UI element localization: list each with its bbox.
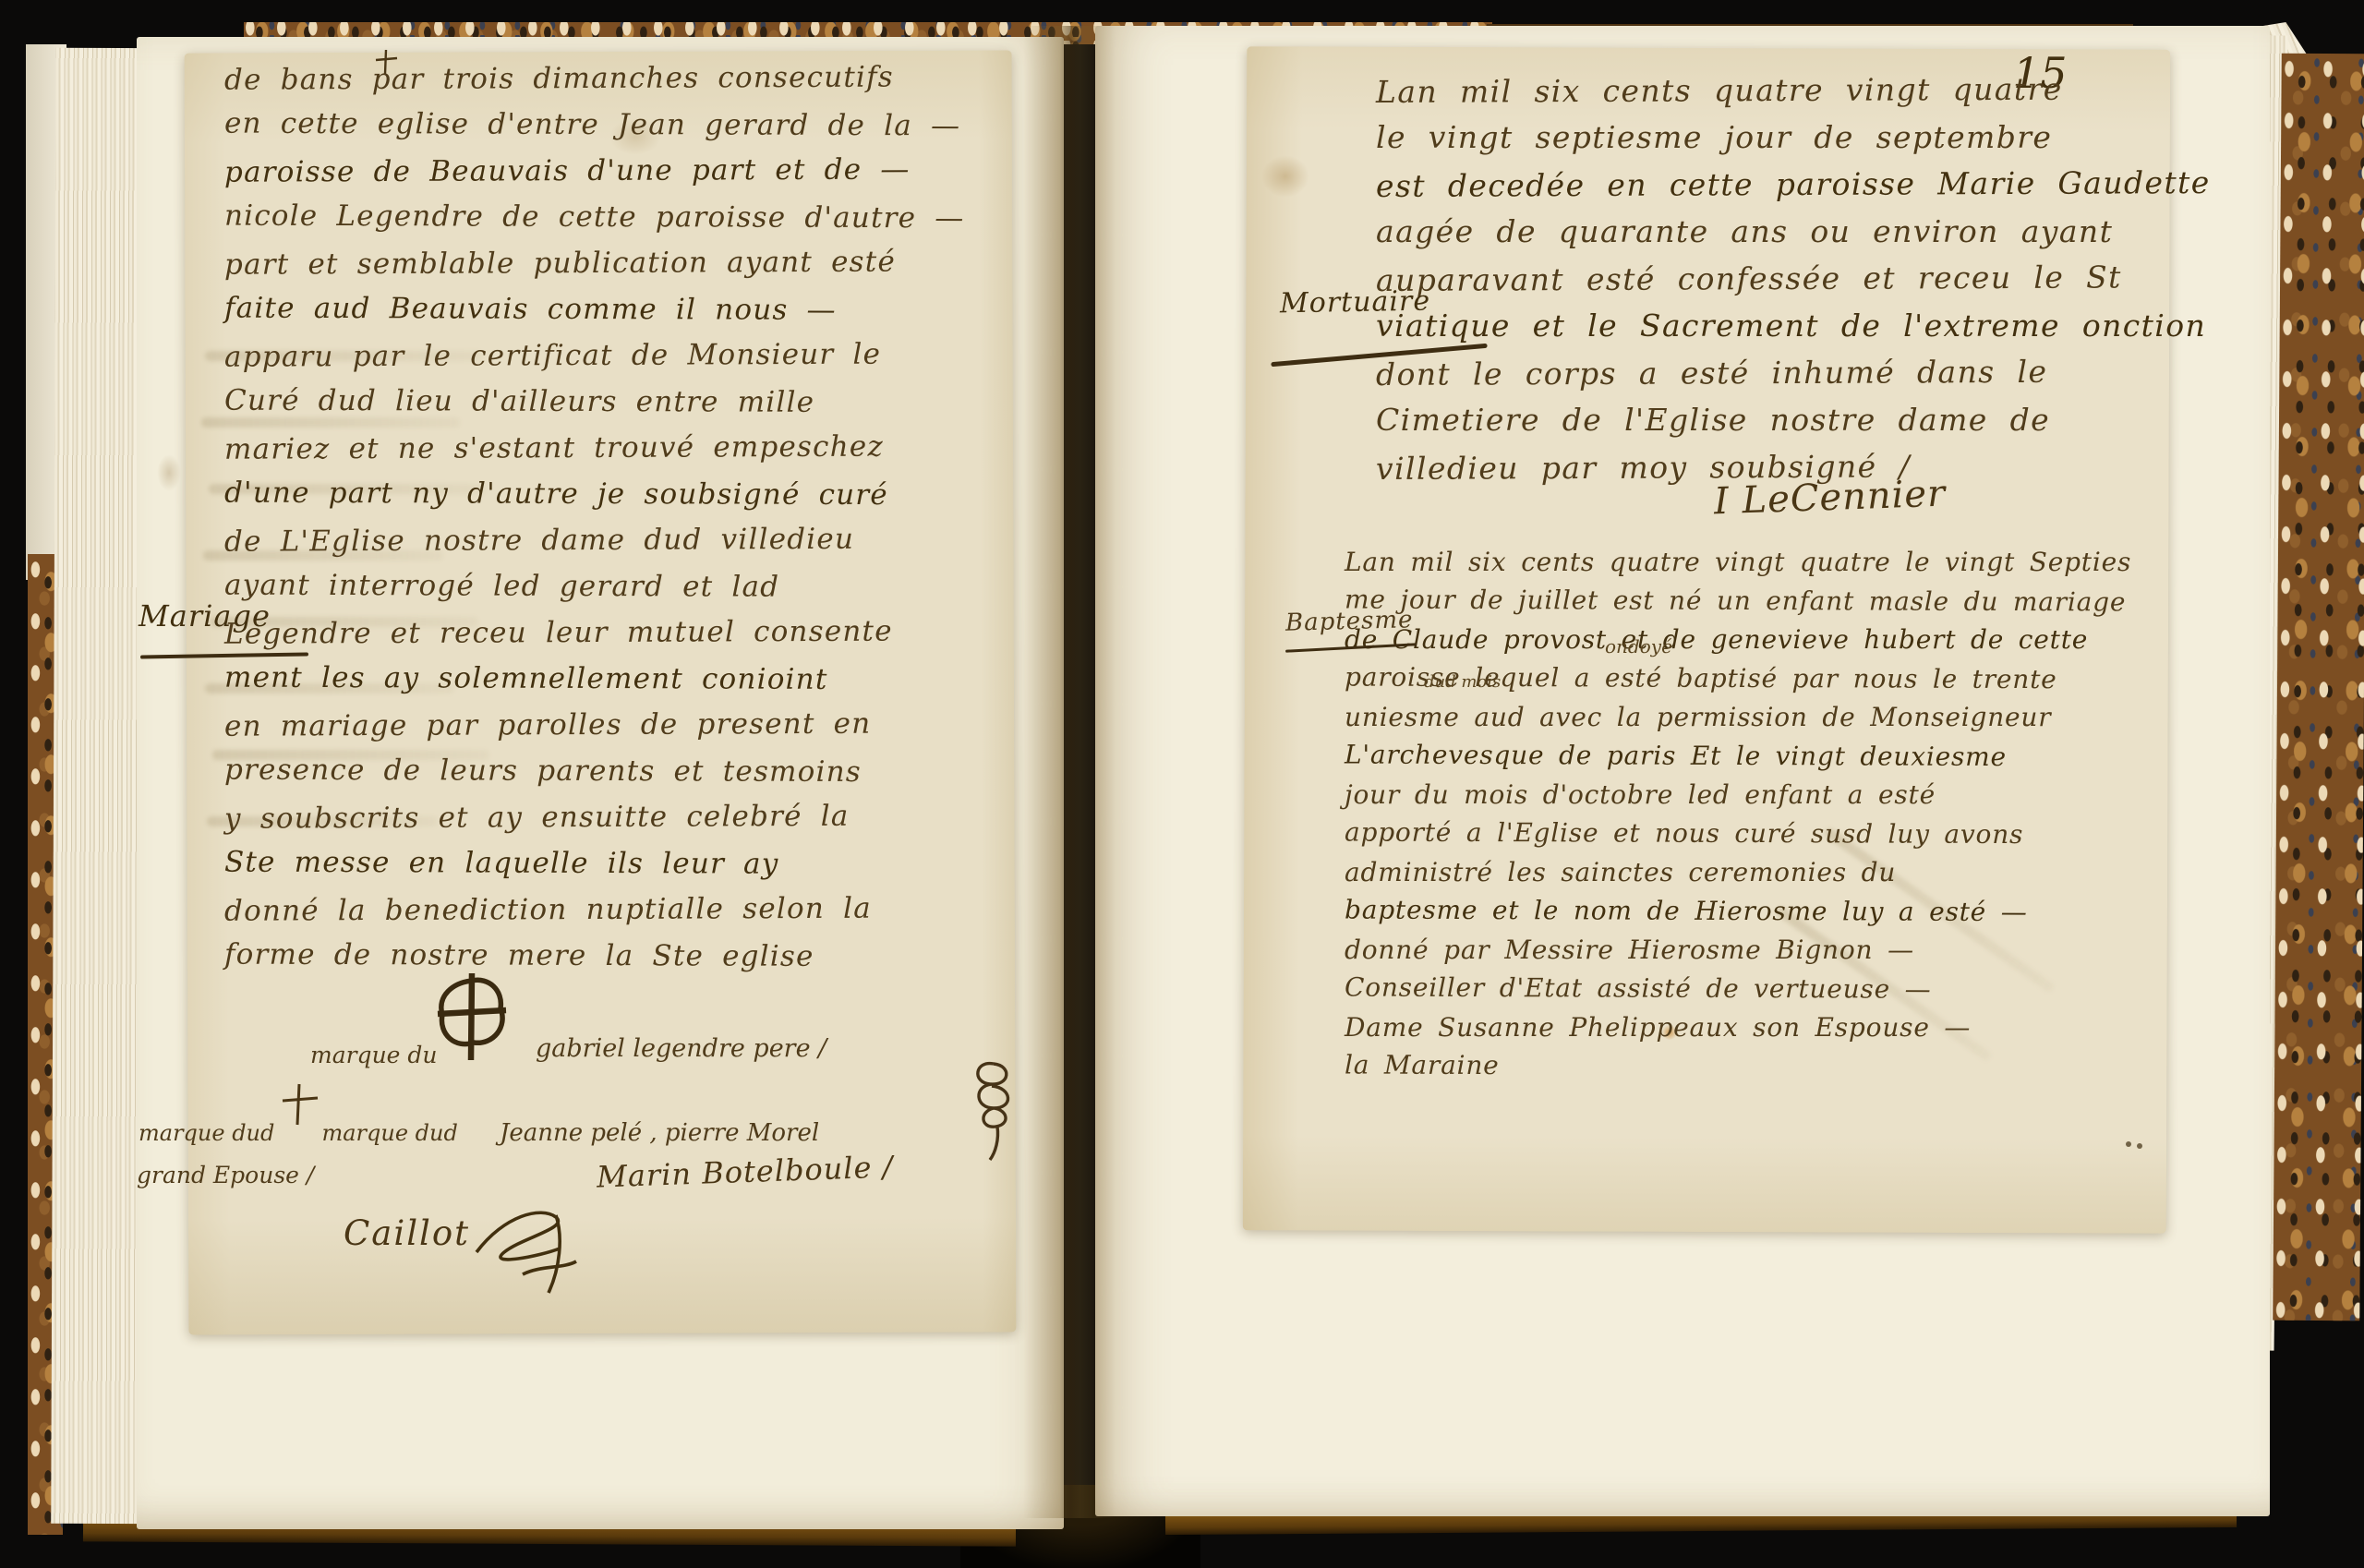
signature-lecennier: I LeCennier — [1713, 473, 1947, 524]
manuscript-line: apporté a l'Eglise et nous curé susd luy… — [1345, 814, 2131, 855]
manuscript-line: viatique et le Sacrement de l'extreme on… — [1376, 302, 2211, 349]
margin-note-mortuaire: Mortuaire — [1280, 285, 1431, 320]
manuscript-photo: de bans par trois dimanches consecutifs … — [0, 0, 2364, 1568]
manuscript-line: Dame Susanne Phelippeaux son Espouse — — [1345, 1008, 2131, 1047]
manuscript-line: Cimetiere de l'Eglise nostre dame de — [1376, 396, 2211, 443]
manuscript-line: apparu par le certificat de Monsieur le — [224, 331, 965, 380]
stain — [1261, 155, 1309, 198]
manuscript-line: Curé dud lieu d'ailleurs entre mille — [224, 378, 965, 427]
interline-insertion: dud mois — [1424, 672, 1501, 692]
manuscript-line: administré les sainctes ceremonies du — [1345, 853, 2131, 892]
manuscript-line: Legendre et receu leur mutuel consente — [224, 608, 965, 657]
mark-caption: marque dud — [321, 1120, 457, 1146]
caillot-paraph-icon — [467, 1197, 587, 1298]
manuscript-line: forme de nostre mere la Ste eglise — [224, 932, 965, 981]
manuscript-line: presence de leurs parents et tesmoins — [224, 747, 965, 796]
manuscript-line: de Claude provost et de genevieve hubert… — [1345, 621, 2131, 659]
manuscript-line: me jour de juillet est né un enfant masl… — [1345, 581, 2131, 622]
manuscript-line: d'une part ny d'autre je soubsigné curé — [224, 470, 965, 519]
manuscript-line: jour du mois d'octobre led enfant a esté — [1345, 776, 2131, 814]
manuscript-line: Ste messe en laquelle ils leur ay — [224, 839, 965, 888]
manuscript-line: auparavant esté confessée et receu le St — [1376, 253, 2211, 304]
manuscript-line: nicole Legendre de cette paroisse d'autr… — [224, 193, 965, 242]
manuscript-line: ayant interrogé led gerard et lad — [224, 562, 965, 611]
manuscript-line: de L'Eglise nostre dame dud villedieu — [224, 515, 965, 564]
burial-record-text: Lan mil six cents quatre vingt quatre le… — [1376, 66, 2211, 490]
mark-caption: marque du — [310, 1042, 438, 1068]
manuscript-line: est decedée en cette paroisse Marie Gaud… — [1376, 159, 2211, 210]
mark-caption: gabriel legendre pere / — [536, 1034, 826, 1063]
manuscript-line: part et semblable publication ayant esté — [224, 238, 965, 287]
mark-caption: marque dud — [139, 1120, 274, 1146]
manuscript-line: paroisse de Beauvais d'une part et de — — [224, 146, 965, 195]
ink-speck — [2126, 1141, 2131, 1147]
manuscript-line: y soubscrits et ay ensuitte celebré la — [224, 792, 965, 841]
manuscript-line: Conseiller d'Etat assisté de vertueuse — — [1345, 969, 2131, 1010]
manuscript-line: en mariage par parolles de present en — [224, 700, 965, 749]
manuscript-line: donné la benediction nuptialle selon la — [224, 885, 965, 934]
circle-cross-mark-icon — [430, 973, 513, 1064]
margin-note-mariage: Mariage — [139, 598, 271, 633]
manuscript-line: donné par Messire Hierosme Bignon — — [1345, 931, 2131, 970]
manuscript-line: L'archevesque de paris Et le vingt deuxi… — [1345, 736, 2131, 778]
mark-caption: grand Epouse / — [137, 1162, 314, 1188]
baptism-record-text: Lan mil six cents quatre vingt quatre le… — [1345, 543, 2131, 1086]
manuscript-line: aagée de quarante ans ou environ ayant — [1376, 208, 2211, 255]
manuscript-line: en cette eglise d'entre Jean gerard de l… — [224, 101, 965, 150]
manuscript-line: Lan mil six cents quatre vingt quatre le… — [1345, 543, 2131, 582]
manuscript-line: dont le corps a esté inhumé dans le — [1376, 347, 2211, 398]
margin-note-baptesme: Baptesme — [1285, 606, 1414, 637]
signature-caillot: Caillot — [344, 1213, 470, 1253]
morel-monogram-icon — [966, 1058, 1021, 1162]
gutter-shadow — [1023, 26, 1116, 1518]
witness-names: Jeanne pelé , pierre Morel — [500, 1119, 819, 1147]
manuscript-line: la Maraine — [1345, 1046, 2131, 1088]
manuscript-line: Lan mil six cents quatre vingt quatre — [1376, 65, 2211, 115]
manuscript-line: de bans par trois dimanches consecutifs — [224, 54, 965, 103]
marbled-cover-right — [2273, 54, 2364, 1321]
ink-speck — [2137, 1143, 2142, 1149]
marriage-record-text: de bans par trois dimanches consecutifs … — [224, 55, 964, 979]
manuscript-line: uniesme aud avec la permission de Monsei… — [1345, 698, 2131, 737]
manuscript-line: mariez et ne s'estant trouvé empeschez — [224, 423, 965, 472]
manuscript-line: faite aud Beauvais comme il nous — — [224, 285, 965, 334]
stain — [157, 454, 181, 491]
marks-row: marque dud marque dud Jeanne pelé , pier… — [139, 1119, 819, 1147]
interline-insertion: ondoyé — [1605, 635, 1672, 657]
manuscript-line: baptesme et le nom de Hierosme luy a est… — [1345, 891, 2131, 933]
manuscript-line: le vingt septiesme jour de septembre — [1376, 114, 2211, 161]
manuscript-line: ment les ay solemnellement conioint — [224, 655, 965, 704]
